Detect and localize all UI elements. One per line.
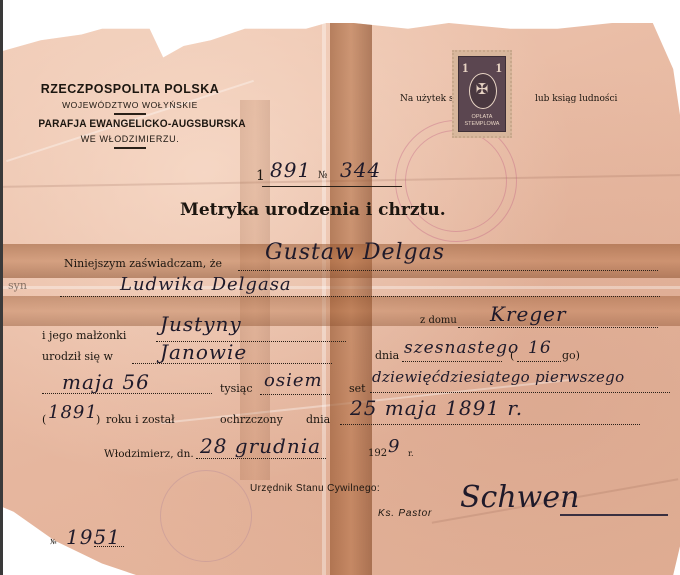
header-divider: [114, 113, 146, 115]
father-name: Ludwika Delgasa: [120, 274, 292, 295]
pastor-label: Ks. Pastor: [378, 508, 432, 519]
hundred-label: set: [349, 382, 366, 395]
thousand-label: tysiąc: [220, 382, 253, 395]
stamp-caption-line2: STEMPLOWA: [461, 121, 503, 128]
child-name: Gustaw Delgas: [265, 240, 445, 265]
record-year-handwritten: 891: [270, 158, 311, 182]
record-number-underline: [262, 186, 402, 187]
year-words-handwritten: dziewięćdziesiątego pierwszego: [372, 368, 624, 386]
issue-year-suffix: r.: [408, 449, 414, 458]
signature-tail: [560, 514, 668, 516]
header-parish: PARAFJA EWANGELICKO-AUGSBURSKA: [38, 118, 231, 130]
revenue-stamp: 1 1 ✠ OPŁATA STEMPLOWA: [452, 50, 512, 138]
pastor-signature: Schwen: [460, 480, 579, 515]
day-suffix: go): [562, 349, 580, 362]
thousand-handwritten: osiem: [264, 370, 323, 391]
year-paren-close: ): [96, 413, 100, 426]
mother-name: Justyny: [160, 312, 242, 336]
birth-day-paren: (: [510, 349, 514, 362]
year-paren-open: (: [42, 413, 46, 426]
bottom-note-prefix: №: [50, 538, 57, 546]
field-line: [370, 392, 670, 393]
faint-seal-stamp: [160, 470, 252, 562]
field-line: [340, 424, 640, 425]
mother-maiden-name: Kreger: [490, 302, 567, 326]
field-line: [517, 361, 561, 362]
stamp-caption: OPŁATA STEMPLOWA: [461, 114, 503, 128]
field-line: [458, 327, 658, 328]
baptized-day-label: dnia: [306, 413, 330, 426]
birth-place: Janowie: [160, 340, 247, 364]
year-number: 1891: [48, 402, 98, 423]
issue-place-label: Włodzimierz, dn.: [104, 448, 194, 460]
birth-day-number: 16: [528, 338, 552, 358]
usage-note-right: lub ksiąg ludności: [535, 94, 617, 104]
birth-month-handwritten: maja 56: [62, 370, 150, 394]
header-divider: [114, 147, 146, 149]
field-line: [196, 458, 326, 459]
window-edge: [0, 0, 3, 575]
field-line: [260, 394, 330, 395]
stamp-caption-line1: OPŁATA: [461, 114, 503, 121]
issue-year-printed: 192: [368, 448, 387, 459]
day-label-text: dnia: [375, 349, 399, 362]
header-parish-location: WE WŁODZIMIERZU.: [40, 134, 220, 144]
maiden-label: z domu: [420, 315, 457, 326]
header-voivodeship: WOJEWÓDZTWO WOŁYŃSKIE: [40, 100, 220, 110]
record-year-prefix: 1: [256, 168, 265, 184]
stamp-value: 1: [462, 60, 469, 76]
baptized-label: ochrzczony: [220, 413, 283, 426]
born-label: urodził się w: [42, 350, 113, 363]
field-line: [402, 361, 502, 362]
field-line: [60, 296, 660, 297]
birth-day-words: szesnastego: [404, 338, 519, 358]
eagle-emblem-icon: ✠: [472, 81, 492, 97]
field-line: [94, 546, 124, 547]
repair-tape-horizontal: [0, 296, 680, 326]
stamp-value: 1: [496, 60, 503, 76]
baptism-date: 25 maja 1891 r.: [350, 396, 523, 420]
issue-date-handwritten: 28 grudnia: [200, 434, 321, 458]
field-line: [238, 270, 658, 271]
usage-note-left: Na użytek s: [400, 94, 454, 104]
header-country: RZECZPOSPOLITA POLSKA: [40, 82, 220, 96]
spouse-label: i jego małżonki: [42, 329, 126, 342]
record-number-label: №: [318, 170, 327, 181]
registrar-label: Urzędnik Stanu Cywilnego:: [250, 483, 380, 494]
year-suffix: roku i został: [106, 413, 175, 426]
certify-label: Niniejszym zaświadczam, że: [64, 257, 222, 270]
document-viewer: RZECZPOSPOLITA POLSKA WOJEWÓDZTWO WOŁYŃS…: [0, 0, 680, 575]
record-number-handwritten: 344: [340, 158, 381, 182]
issue-year-handwritten: 9: [388, 436, 400, 457]
document-title: Metryka urodzenia i chrztu.: [180, 200, 446, 220]
parents-label: syn: [8, 279, 27, 292]
